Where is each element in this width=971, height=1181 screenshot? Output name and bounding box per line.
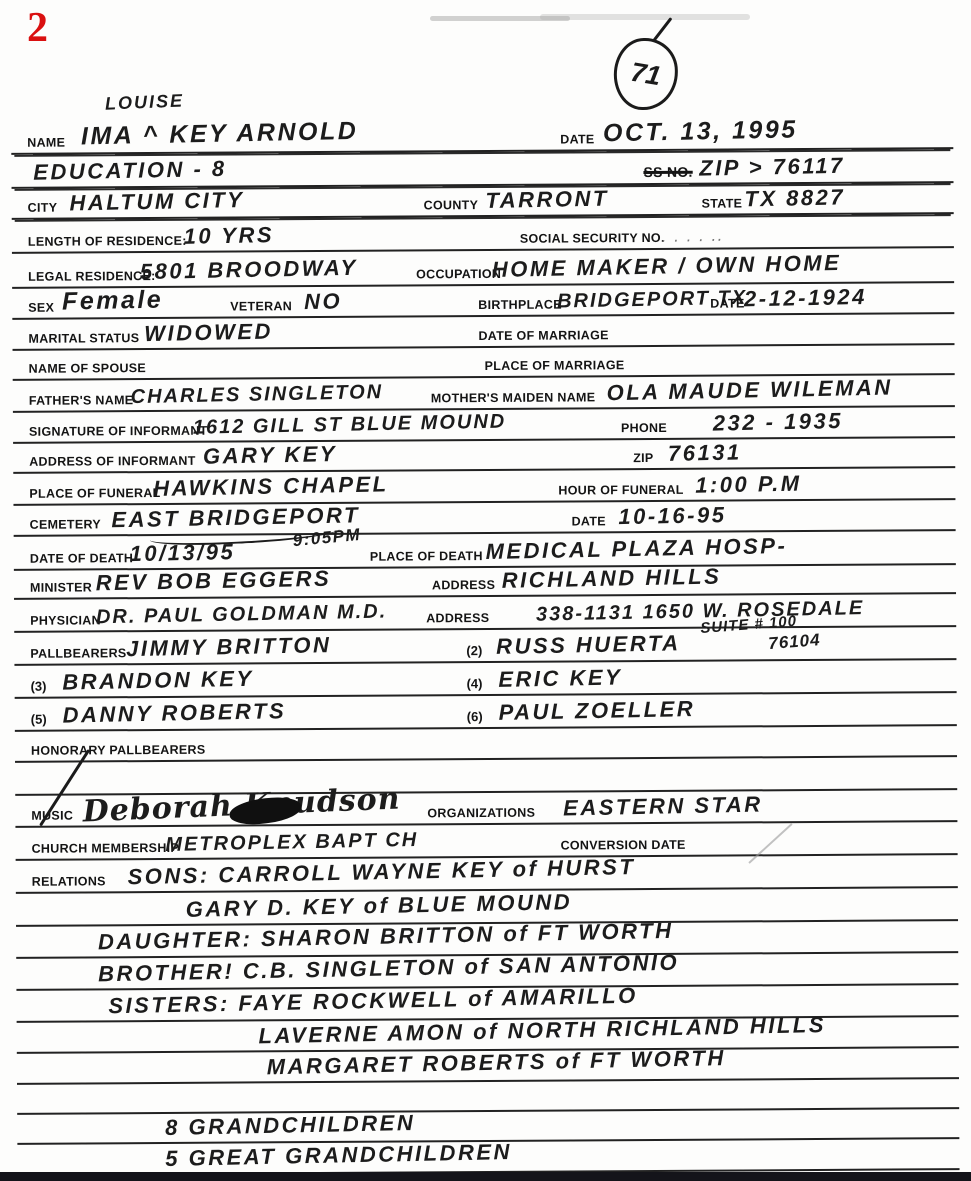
form-body: 71 LOUISE NAME IMA ^ KEY ARNOLD DATE OCT…: [0, 0, 971, 1181]
hour-of-funeral-value: 1:00 P.M: [695, 471, 802, 499]
pallbearer-1-value: JIMMY BRITTON: [126, 632, 332, 662]
occupation-value: HOME MAKER / OWN HOME: [492, 250, 842, 283]
grandchildren-value: 8 GRANDCHILDREN: [165, 1110, 416, 1141]
hour-of-funeral-label: HOUR OF FUNERAL: [558, 483, 683, 498]
pallbearer-6-num: (6): [467, 709, 483, 724]
pallbearer-3-value: BRANDON KEY: [62, 666, 254, 696]
great-grandchildren-value: 5 GREAT GRANDCHILDREN: [165, 1139, 512, 1172]
date-label: DATE: [560, 132, 594, 146]
circled-number-text: 71: [612, 37, 680, 112]
physician-label: PHYSICIAN: [30, 613, 101, 627]
minister-address-label: ADDRESS: [432, 578, 495, 592]
pallbearer-5-num: (5): [31, 712, 47, 727]
pallbearer-5-value: DANNY ROBERTS: [62, 698, 286, 728]
place-of-funeral-label: PLACE OF FUNERAL: [29, 486, 160, 501]
county-label: COUNTY: [424, 198, 479, 212]
social-security-label: SOCIAL SECURITY NO.: [520, 231, 665, 246]
mothers-maiden-name-value: OLA MAUDE WILEMAN: [606, 375, 893, 407]
veteran-label: VETERAN: [230, 299, 292, 313]
fathers-name-label: FATHER'S NAME: [29, 393, 134, 408]
birth-date-label: DATE: [710, 296, 744, 310]
zip-label: ZIP: [633, 451, 653, 465]
zip-top-value: ZIP > 76117: [699, 153, 845, 182]
organizations-value: EASTERN STAR: [563, 792, 763, 822]
county-value: TARRONT: [485, 186, 609, 214]
length-of-residence-label: LENGTH OF RESIDENCE:: [28, 234, 187, 249]
relation-line-1: SONS: CARROLL WAYNE KEY of HURST: [127, 854, 635, 890]
occupation-label: OCCUPATION: [416, 267, 501, 282]
pallbearer-2-num: (2): [466, 643, 482, 658]
address-of-informant-label: ADDRESS OF INFORMANT: [29, 454, 196, 469]
minister-value: REV BOB EGGERS: [96, 566, 332, 597]
minister-address-value: RICHLAND HILLS: [501, 563, 721, 593]
church-membership-label: CHURCH MEMBERSHIP: [32, 841, 180, 856]
pallbearer-3-num: (3): [31, 679, 47, 694]
length-of-residence-value: 10 YRS: [183, 222, 274, 250]
state-label: STATE: [702, 196, 743, 210]
birth-date-value: 2-12-1924: [744, 284, 867, 312]
birthplace-label: BIRTHPLACE: [478, 298, 562, 313]
state-value: TX 8827: [744, 184, 845, 212]
social-security-dots: . . . . ..: [662, 226, 725, 247]
date-value: OCT. 13, 1995: [603, 115, 798, 148]
form-line: 5 GREAT GRANDCHILDREN: [17, 1134, 959, 1176]
physician-address-label: ADDRESS: [426, 611, 489, 625]
relation-line-2: GARY D. KEY of BLUE MOUND: [186, 889, 573, 923]
place-of-funeral-value: HAWKINS CHAPEL: [153, 471, 389, 502]
conversion-date-label: CONVERSION DATE: [561, 838, 686, 853]
name-of-spouse-label: NAME OF SPOUSE: [29, 361, 147, 376]
sex-label: SEX: [28, 301, 54, 315]
funeral-date-label: DATE: [572, 514, 606, 528]
relation-line-4: BROTHER! C.B. SINGLETON of SAN ANTONIO: [98, 950, 679, 988]
place-of-marriage-label: PLACE OF MARRIAGE: [485, 358, 625, 373]
church-membership-value: METROPLEX BAPT CH: [165, 829, 418, 857]
name-value: IMA ^ KEY ARNOLD: [81, 117, 359, 152]
mothers-maiden-name-label: MOTHER'S MAIDEN NAME: [431, 390, 596, 405]
relation-line-3: DAUGHTER: SHARON BRITTON of FT WORTH: [98, 918, 674, 956]
name-label: NAME: [27, 136, 65, 150]
scan-edge-bar: [0, 1172, 971, 1181]
minister-label: MINISTER: [30, 580, 92, 594]
circled-number: 71: [614, 38, 678, 110]
organizations-label: ORGANIZATIONS: [427, 806, 535, 821]
physician-value: DR. PAUL GOLDMAN M.D.: [96, 601, 388, 630]
legal-residence-value: 5801 BROODWAY: [140, 255, 358, 285]
ss-no-label-struck: SS NO.: [643, 164, 692, 180]
pallbearer-4-num: (4): [467, 676, 483, 691]
pallbearer-6-value: PAUL ZOELLER: [498, 696, 695, 726]
education-value: EDUCATION - 8: [33, 156, 227, 186]
relations-label: RELATIONS: [32, 874, 106, 888]
sex-value: Female: [62, 286, 164, 317]
inserted-word-louise: LOUISE: [105, 90, 185, 114]
legal-residence-label: LEGAL RESIDENCE:: [28, 269, 156, 284]
pallbearer-2-value: RUSS HUERTA: [496, 630, 681, 660]
address-of-informant-value: GARY KEY: [203, 441, 338, 470]
pallbearer-4-value: ERIC KEY: [498, 664, 622, 692]
cemetery-label: CEMETERY: [30, 517, 101, 531]
pallbearers-label: PALLBEARERS: [30, 646, 126, 661]
zip-value: 76131: [668, 439, 742, 466]
music-label: MUSIC: [31, 809, 73, 823]
veteran-value: NO: [304, 288, 343, 315]
city-label: CITY: [28, 201, 58, 215]
funeral-date-value: 10-16-95: [618, 502, 727, 530]
honorary-pallbearers-label: HONORARY PALLBEARERS: [31, 743, 206, 758]
scanned-funeral-record-page: 2 71 LOUISE NAME IMA ^ KEY ARNOLD DATE O…: [0, 0, 971, 1181]
city-value: HALTUM CITY: [69, 187, 244, 217]
